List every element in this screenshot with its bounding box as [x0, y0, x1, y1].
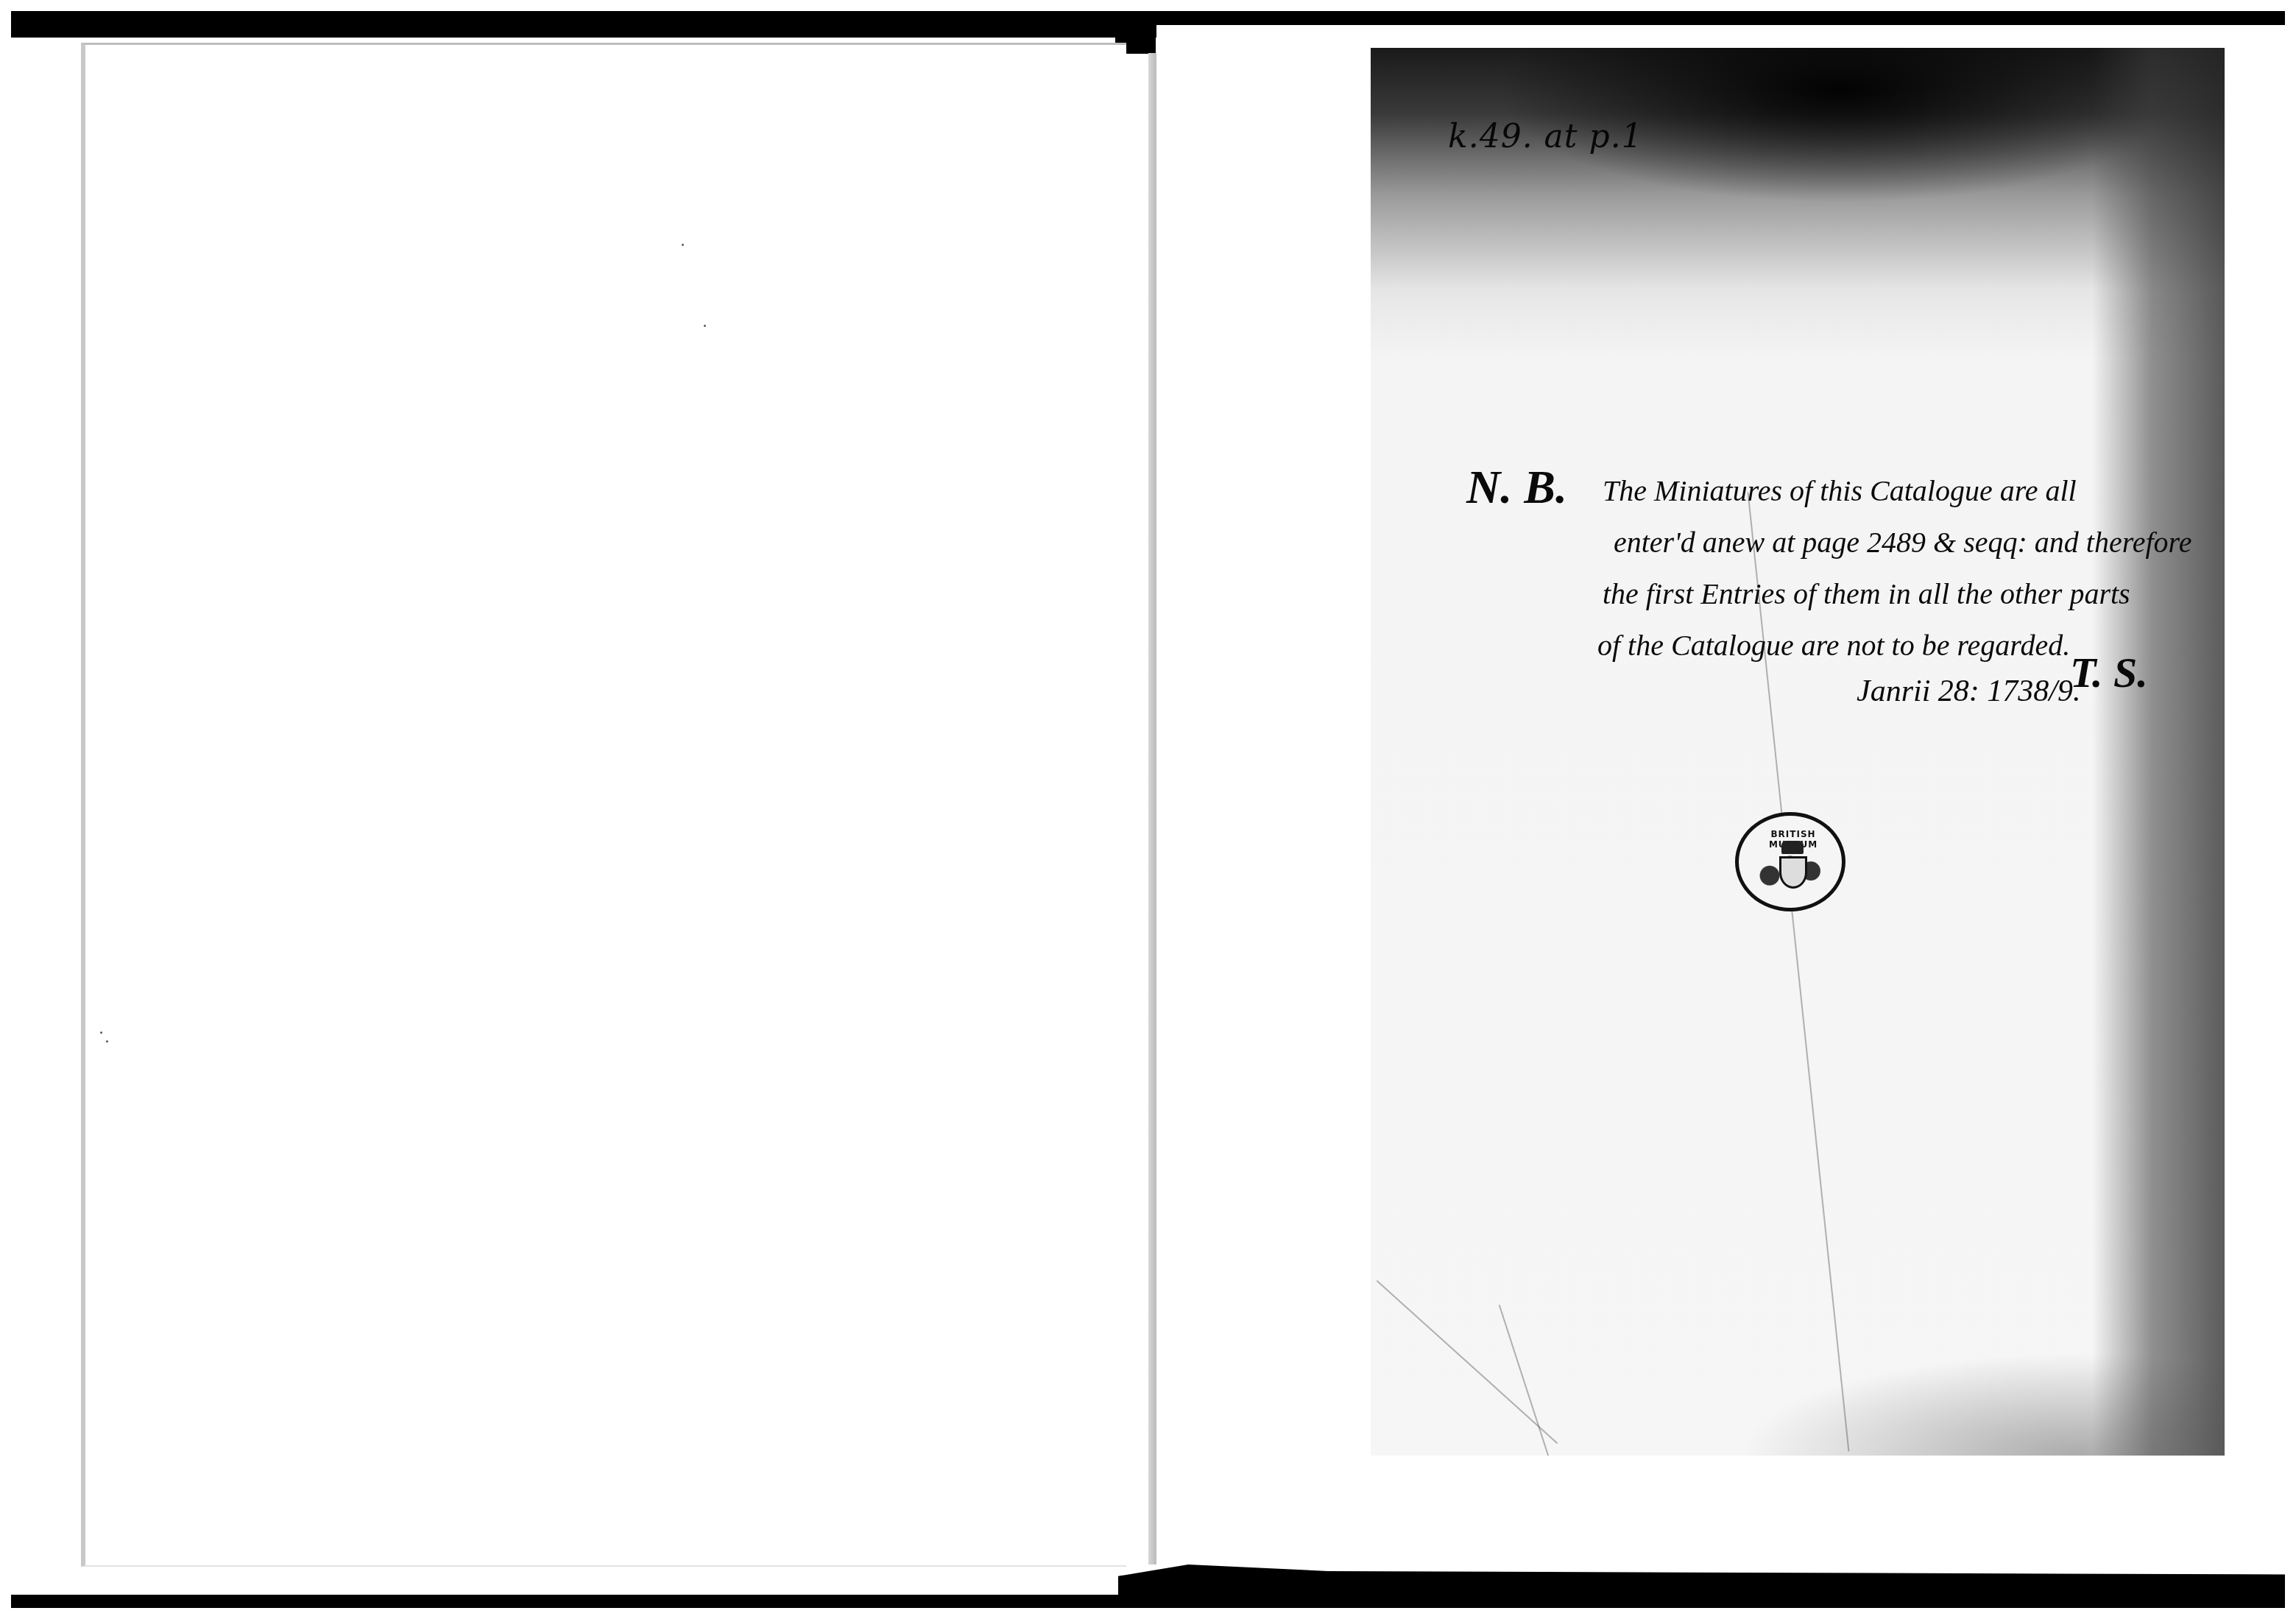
scan-frame-top-right [1156, 11, 2285, 26]
note-line-3: the first Entries of them in all the oth… [1603, 576, 2130, 611]
left-blank-page [81, 43, 1126, 1567]
paper-crease [1377, 1280, 1558, 1444]
note-line-1: The Miniatures of this Catalogue are all [1603, 473, 2077, 508]
note-initials: T. S. [2070, 648, 2148, 697]
note-line-2: enter'd anew at page 2489 & seqq: and th… [1614, 525, 2191, 560]
british-museum-stamp: BRITISH MUSEUM [1735, 812, 1845, 911]
paper-speck [682, 244, 684, 246]
note-line-4: of the Catalogue are not to be regarded. [1597, 628, 2070, 663]
paper-crease [1499, 1305, 1569, 1456]
scan-frame-top-left [11, 11, 1159, 38]
leaf-bottom-stain [1739, 1352, 2225, 1456]
paper-speck [106, 1040, 108, 1043]
paper-speck [704, 325, 706, 327]
note-date: Janrii 28: 1738/9. [1857, 674, 2080, 709]
leaf-edge-stain [2092, 48, 2225, 1456]
note-nb-heading: N. B. [1466, 460, 1567, 515]
shelfmark-annotation: k.49. at p.1 [1448, 118, 1643, 155]
crown-icon [1781, 841, 1804, 854]
manuscript-leaf: k.49. at p.1 N. B. The Miniatures of thi… [1371, 48, 2225, 1456]
royal-coat-of-arms-icon [1779, 856, 1807, 889]
paper-speck [100, 1031, 102, 1034]
scan-frame-bottom [11, 1595, 2285, 1608]
